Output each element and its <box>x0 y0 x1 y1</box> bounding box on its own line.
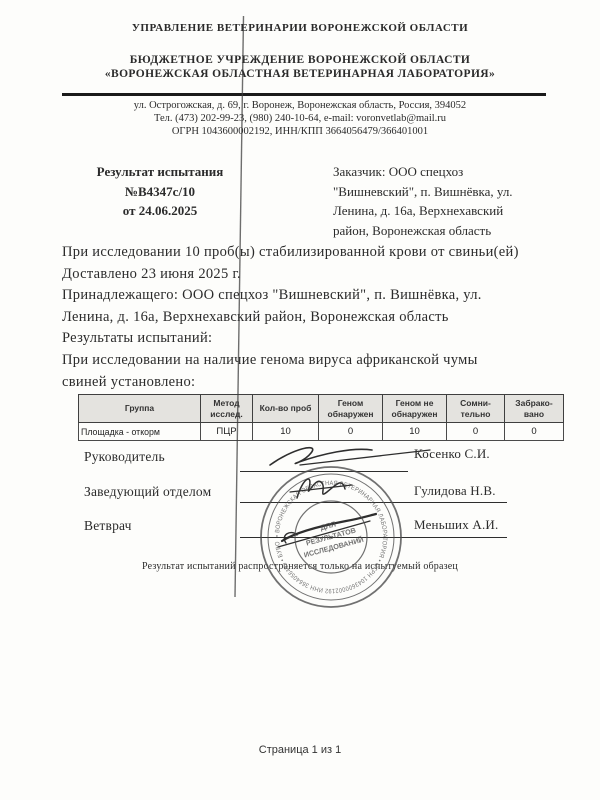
result-date: от 24.06.2025 <box>80 201 240 221</box>
svg-text:ИССЛЕДОВАНИЙ: ИССЛЕДОВАНИЙ <box>303 535 365 560</box>
cell-sample-count: 10 <box>253 423 319 441</box>
body-line: При исследовании на наличие генома вирус… <box>62 350 562 372</box>
signature-stroke-vet <box>278 514 376 547</box>
cell-genome-found: 0 <box>319 423 383 441</box>
col-header-doubtful: Сомни- тельно <box>447 395 505 423</box>
col-header-method: Метод исслед. <box>201 395 253 423</box>
signature-title-dept-head: Заведующий отделом <box>84 484 211 500</box>
results-table: Группа Метод исслед. Кол-во проб Геном о… <box>78 394 564 441</box>
cell-rejected: 0 <box>505 423 564 441</box>
customer-line: "Вишневский", п. Вишнёвка, ул. <box>333 182 553 202</box>
signature-name-director: Косенко С.И. <box>414 446 490 462</box>
letterhead-authority: УПРАВЛЕНИЕ ВЕТЕРИНАРИИ ВОРОНЕЖСКОЙ ОБЛАС… <box>0 22 600 34</box>
signature-name-dept-head: Гулидова Н.В. <box>414 483 496 499</box>
result-number-block: Результат испытания №В4347с/10 от 24.06.… <box>80 162 240 221</box>
signature-line <box>240 502 507 503</box>
col-header-group: Группа <box>79 395 201 423</box>
letterhead-address: ул. Острогожская, д. 69, г. Воронеж, Вор… <box>0 100 600 111</box>
customer-line: Заказчик: ООО спецхоз <box>333 162 553 182</box>
disclaimer-text: Результат испытаний распространяется тол… <box>0 561 600 572</box>
cell-method: ПЦР <box>201 423 253 441</box>
col-header-genome-found: Геном обнаружен <box>319 395 383 423</box>
body-line: Результаты испытаний: <box>62 328 562 350</box>
signature-line <box>240 537 507 538</box>
body-line: свиней установлено: <box>62 372 562 394</box>
result-title: Результат испытания <box>80 162 240 182</box>
table-header-row: Группа Метод исслед. Кол-во проб Геном о… <box>79 395 564 423</box>
letterhead-contacts: Тел. (473) 202-99-23, (980) 240-10-64, e… <box>0 113 600 124</box>
cell-genome-not-found: 10 <box>383 423 447 441</box>
table-row: Площадка - откорм ПЦР 10 0 10 0 0 <box>79 423 564 441</box>
svg-text:ДЛЯ: ДЛЯ <box>319 519 337 532</box>
body-line: При исследовании 10 проб(ы) стабилизиров… <box>62 242 562 264</box>
letterhead-institution-line2: «ВОРОНЕЖСКАЯ ОБЛАСТНАЯ ВЕТЕРИНАРНАЯ ЛАБО… <box>0 68 600 80</box>
customer-line: Ленина, д. 16а, Верхнехавский <box>333 201 553 221</box>
signature-stroke-dept-head <box>290 479 352 498</box>
page-number-label: Страница 1 из 1 <box>0 744 600 756</box>
col-header-sample-count: Кол-во проб <box>253 395 319 423</box>
letterhead-institution-line1: БЮДЖЕТНОЕ УЧРЕЖДЕНИЕ ВОРОНЕЖСКОЙ ОБЛАСТИ <box>0 54 600 66</box>
signature-line <box>240 471 408 472</box>
signature-title-director: Руководитель <box>84 449 165 465</box>
signature-stroke-director <box>270 448 430 465</box>
body-line: Доставлено 23 июня 2025 г. <box>62 264 562 286</box>
body-line: Ленина, д. 16а, Верхнехавский район, Вор… <box>62 307 562 329</box>
signature-title-vet: Ветврач <box>84 518 132 534</box>
cell-group: Площадка - откорм <box>79 423 201 441</box>
cell-doubtful: 0 <box>447 423 505 441</box>
scanned-document-page: УПРАВЛЕНИЕ ВЕТЕРИНАРИИ ВОРОНЕЖСКОЙ ОБЛАС… <box>0 0 600 800</box>
body-text: При исследовании 10 проб(ы) стабилизиров… <box>62 242 562 393</box>
letterhead-divider <box>62 93 546 96</box>
signature-name-vet: Меньших А.И. <box>414 517 498 533</box>
col-header-rejected: Забрако- вано <box>505 395 564 423</box>
body-line: Принадлежащего: ООО спецхоз "Вишневский"… <box>62 285 562 307</box>
letterhead-registration: ОГРН 1043600002192, ИНН/КПП 3664056479/3… <box>0 126 600 137</box>
customer-block: Заказчик: ООО спецхоз "Вишневский", п. В… <box>333 162 553 240</box>
col-header-genome-not-found: Геном не обнаружен <box>383 395 447 423</box>
result-number: №В4347с/10 <box>80 182 240 202</box>
customer-line: район, Воронежская область <box>333 221 553 241</box>
